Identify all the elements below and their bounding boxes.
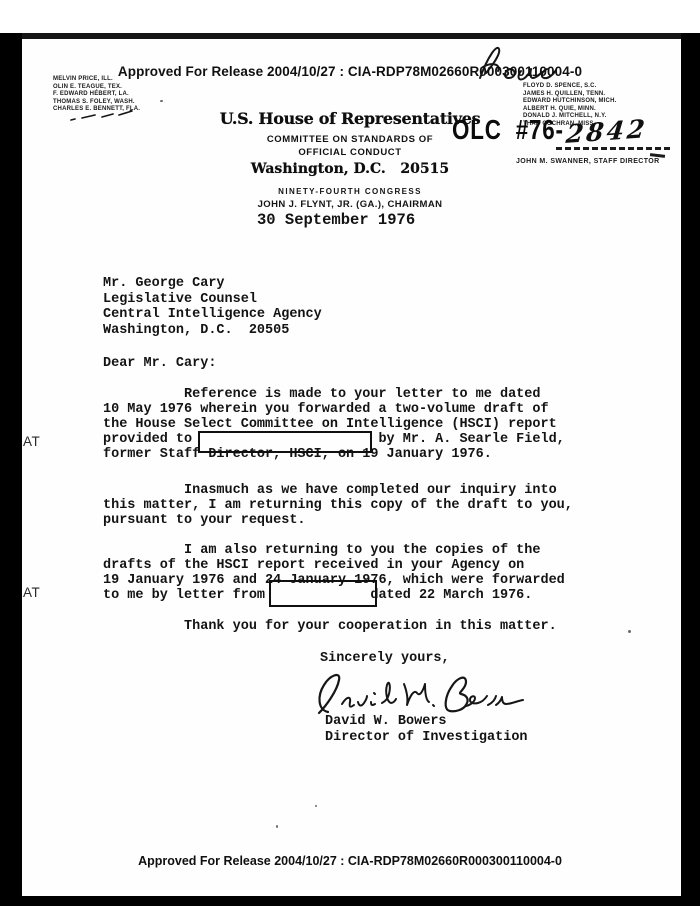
redaction-box-2 <box>269 580 377 607</box>
letter-date: 30 September 1976 <box>257 212 415 229</box>
scan-speck <box>628 630 631 633</box>
signature-icon <box>312 666 527 718</box>
olc-stamp-number: 2842 <box>565 114 649 149</box>
chairman-line: JOHN J. FLYNT, JR. (GA.), CHAIRMAN <box>0 199 700 210</box>
valediction: Sincerely yours, <box>320 651 450 666</box>
scan-speck <box>315 805 317 807</box>
body-paragraph-2: Inasmuch as we have completed our inquir… <box>103 483 573 528</box>
stat-margin-mark-1: AT <box>23 434 40 449</box>
scan-speck <box>276 825 278 828</box>
sender-name-title: David W. Bowers Director of Investigatio… <box>325 714 528 745</box>
redaction-box-1 <box>198 431 372 453</box>
release-stamp-bottom: Approved For Release 2004/10/27 : CIA-RD… <box>0 854 700 868</box>
stat-margin-mark-2: AT <box>23 585 40 600</box>
salutation: Dear Mr. Cary: <box>103 356 216 371</box>
scan-speck <box>160 100 163 102</box>
congress-line: NINETY-FOURTH CONGRESS <box>0 187 700 196</box>
olc-stamp: OLC #76- <box>452 114 564 146</box>
stamp-dashed-line <box>556 147 670 150</box>
recipient-address: Mr. George Cary Legislative Counsel Cent… <box>103 276 322 338</box>
body-paragraph-4: Thank you for your cooperation in this m… <box>103 619 557 634</box>
scan-edge-bottom <box>0 896 700 906</box>
staff-director-line: JOHN M. SWANNER, STAFF DIRECTOR <box>516 158 660 165</box>
